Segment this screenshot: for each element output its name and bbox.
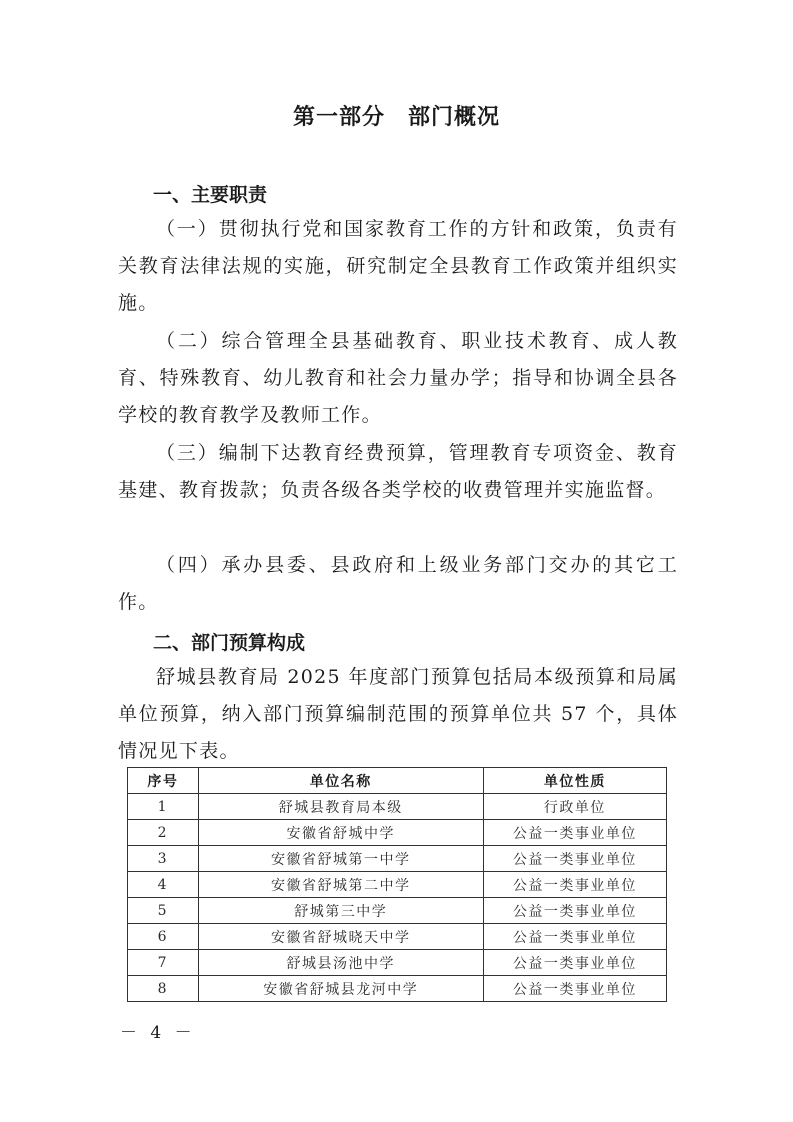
table-row: 5 舒城第三中学 公益一类事业单位: [128, 898, 667, 924]
table-header-row: 序号 单位名称 单位性质: [128, 768, 667, 794]
table-row: 2 安徽省舒城中学 公益一类事业单位: [128, 820, 667, 846]
cell-unit-type: 公益一类事业单位: [483, 898, 666, 924]
cell-unit-name: 安徽省舒城第一中学: [198, 846, 483, 872]
cell-unit-name: 舒城第三中学: [198, 898, 483, 924]
cell-unit-name: 安徽省舒城县龙河中学: [198, 976, 483, 1002]
paragraph-duty-2: （二）综合管理全县基础教育、职业技术教育、成人教育、特殊教育、幼儿教育和社会力量…: [118, 323, 678, 434]
cell-serial: 6: [128, 924, 199, 950]
cell-serial: 1: [128, 794, 199, 820]
cell-serial: 8: [128, 976, 199, 1002]
table-row: 3 安徽省舒城第一中学 公益一类事业单位: [128, 846, 667, 872]
cell-serial: 5: [128, 898, 199, 924]
cell-unit-type: 公益一类事业单位: [483, 872, 666, 898]
cell-serial: 7: [128, 950, 199, 976]
cell-unit-name: 舒城县汤池中学: [198, 950, 483, 976]
header-unit-name: 单位名称: [198, 768, 483, 794]
cell-unit-type: 公益一类事业单位: [483, 924, 666, 950]
cell-serial: 3: [128, 846, 199, 872]
section-heading-budget-composition: 二、部门预算构成: [153, 628, 305, 655]
section-heading-main-duties: 一、主要职责: [153, 180, 267, 207]
cell-unit-name: 安徽省舒城晓天中学: [198, 924, 483, 950]
table-row: 7 舒城县汤池中学 公益一类事业单位: [128, 950, 667, 976]
table-row: 6 安徽省舒城晓天中学 公益一类事业单位: [128, 924, 667, 950]
cell-serial: 2: [128, 820, 199, 846]
page-title: 第一部分 部门概况: [0, 100, 793, 131]
cell-unit-name: 安徽省舒城第二中学: [198, 872, 483, 898]
paragraph-duty-1: （一）贯彻执行党和国家教育工作的方针和政策，负责有关教育法律法规的实施，研究制定…: [118, 211, 678, 322]
paragraph-duty-4: （四）承办县委、县政府和上级业务部门交办的其它工作。: [118, 547, 678, 621]
cell-unit-name: 安徽省舒城中学: [198, 820, 483, 846]
paragraph-duty-3: （三）编制下达教育经费预算，管理教育专项资金、教育基建、教育拨款；负责各级各类学…: [118, 435, 678, 509]
budget-units-table: 序号 单位名称 单位性质 1 舒城县教育局本级 行政单位 2 安徽省舒城中学 公…: [127, 767, 667, 1002]
cell-unit-type: 行政单位: [483, 794, 666, 820]
header-unit-type: 单位性质: [483, 768, 666, 794]
cell-unit-type: 公益一类事业单位: [483, 846, 666, 872]
cell-unit-type: 公益一类事业单位: [483, 950, 666, 976]
table-row: 1 舒城县教育局本级 行政单位: [128, 794, 667, 820]
cell-unit-type: 公益一类事业单位: [483, 820, 666, 846]
header-serial-number: 序号: [128, 768, 199, 794]
table-row: 8 安徽省舒城县龙河中学 公益一类事业单位: [128, 976, 667, 1002]
cell-unit-name: 舒城县教育局本级: [198, 794, 483, 820]
table-row: 4 安徽省舒城第二中学 公益一类事业单位: [128, 872, 667, 898]
page-number: － 4 －: [120, 1018, 196, 1043]
cell-serial: 4: [128, 872, 199, 898]
cell-unit-type: 公益一类事业单位: [483, 976, 666, 1002]
paragraph-budget-intro: 舒城县教育局 2025 年度部门预算包括局本级预算和局属单位预算，纳入部门预算编…: [118, 659, 678, 770]
